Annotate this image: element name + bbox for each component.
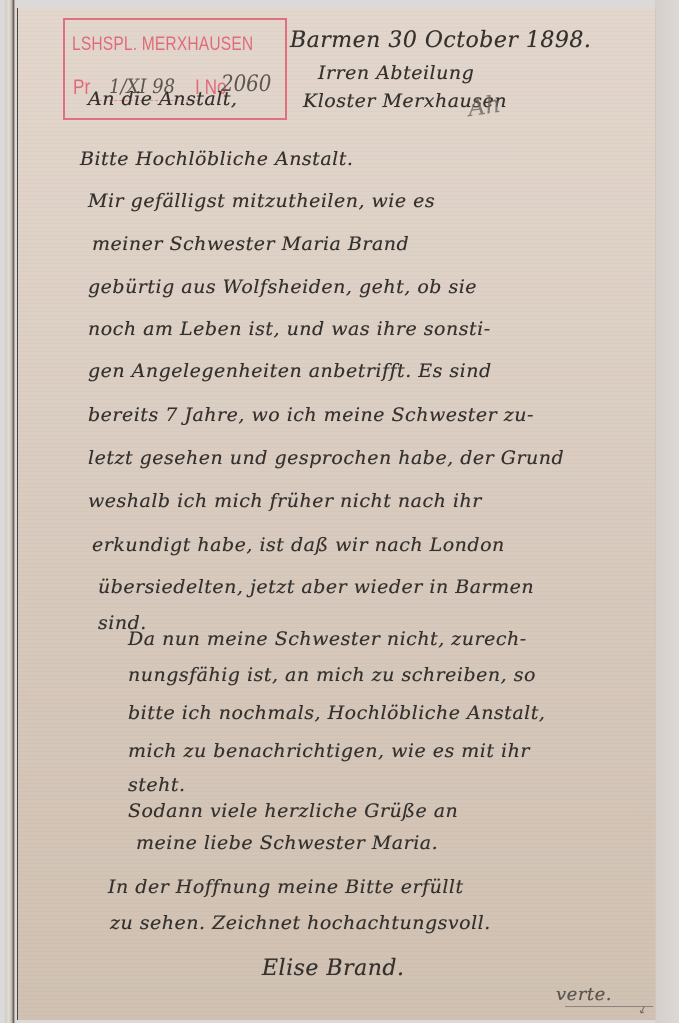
body-line: bitte ich nochmals, Hochlöbliche Anstalt… — [128, 702, 545, 724]
body-line: noch am Leben ist, und was ihre sonsti- — [88, 318, 491, 340]
body-line: meiner Schwester Maria Brand — [92, 233, 409, 255]
salutation: Bitte Hochlöbliche Anstalt. — [80, 148, 353, 170]
recipient-line-1: An die Anstalt, — [88, 88, 237, 110]
body-line: steht. — [128, 774, 186, 796]
body-line: bereits 7 Jahre, wo ich meine Schwester … — [88, 404, 534, 426]
body-line: nungsfähig ist, an mich zu schreiben, so — [128, 664, 536, 686]
body-line: gebürtig aus Wolfsheiden, geht, ob sie — [88, 276, 477, 298]
body-line: übersiedelten, jetzt aber wieder in Barm… — [98, 576, 534, 598]
body-line: weshalb ich mich früher nicht nach ihr — [88, 490, 482, 512]
body-line: letzt gesehen und gesprochen habe, der G… — [88, 447, 564, 469]
body-line: mich zu benachrichtigen, wie es mit ihr — [128, 740, 530, 762]
place-date-line: Barmen 30 October 1898. — [290, 28, 591, 53]
pencil-annotation: Ah — [466, 90, 502, 122]
body-line: zu sehen. Zeichnet hochachtungsvoll. — [110, 912, 491, 934]
stamp-title: LSHSPL. MERXHAUSEN — [72, 34, 253, 56]
recipient-line-2: Irren Abteilung — [318, 62, 474, 84]
body-line: Mir gefälligst mitzutheilen, wie es — [88, 190, 435, 212]
verte-note: verte. — [556, 984, 612, 1005]
body-line: Sodann viele herzliche Grüße an — [128, 800, 458, 822]
body-line: Da nun meine Schwester nicht, zurech- — [128, 628, 527, 650]
body-line: In der Hoffnung meine Bitte erfüllt — [108, 876, 464, 898]
document-scan: LSHSPL. MERXHAUSEN Pr 1/XI 98 I No 2060 … — [0, 0, 679, 1023]
body-line: erkundigt habe, ist daß wir nach London — [92, 534, 505, 556]
right-margin-sheet — [655, 0, 679, 1023]
signature-name: Elise Brand. — [262, 956, 404, 981]
body-line: gen Angelegenheiten anbetrifft. Es sind — [88, 360, 492, 382]
body-line: meine liebe Schwester Maria. — [136, 832, 438, 854]
left-sheet-edge — [5, 0, 15, 1023]
